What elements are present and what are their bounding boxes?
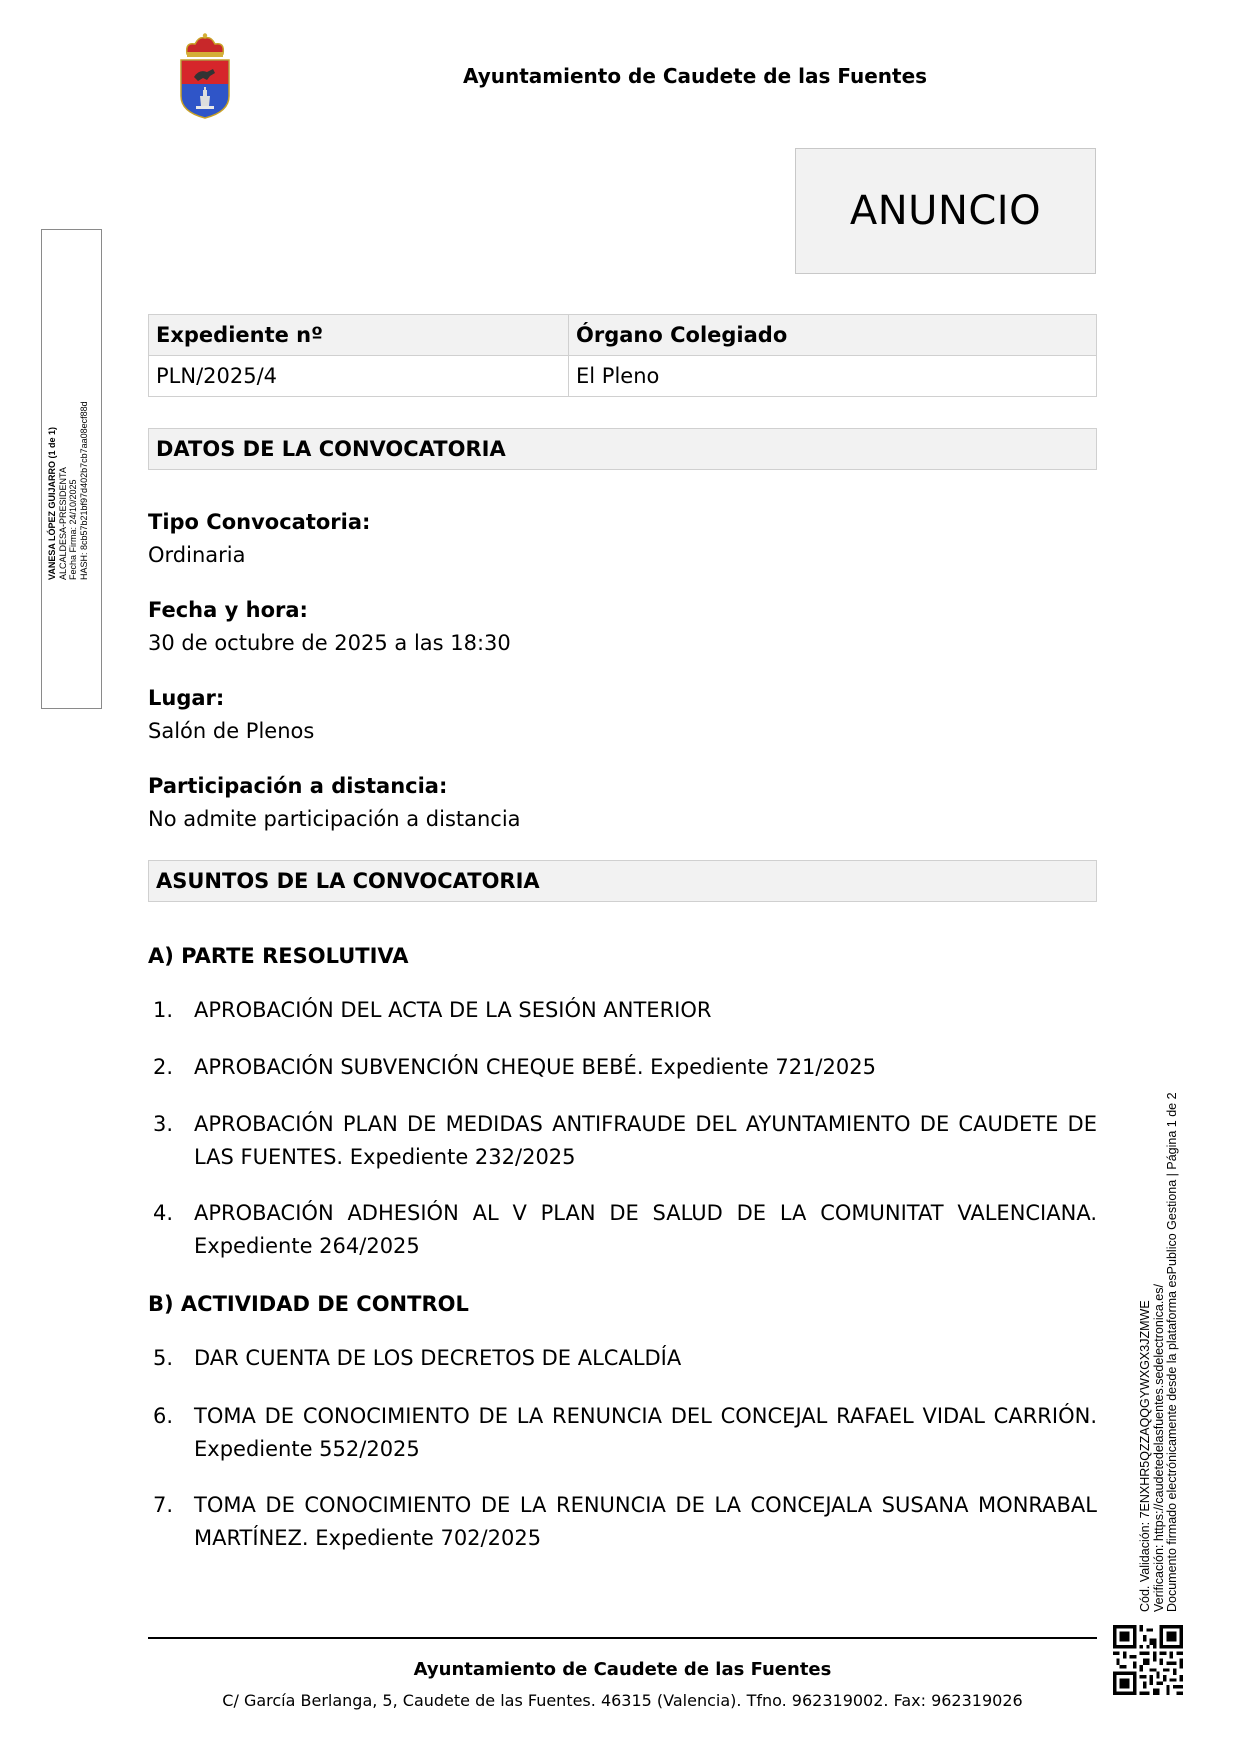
- coat-of-arms-icon: [177, 32, 233, 120]
- field-value: No admite participación a distancia: [148, 803, 521, 836]
- field-value: Ordinaria: [148, 539, 370, 572]
- item-text: APROBACIÓN PLAN DE MEDIDAS ANTIFRAUDE DE…: [194, 1108, 1097, 1174]
- item-text: APROBACIÓN DEL ACTA DE LA SESIÓN ANTERIO…: [194, 994, 1097, 1027]
- meta-table-row: PLN/2025/4 El Pleno: [149, 356, 1097, 397]
- agenda-item: 6. TOMA DE CONOCIMIENTO DE LA RENUNCIA D…: [148, 1400, 1097, 1466]
- item-number: 5.: [153, 1342, 193, 1375]
- field-label: Tipo Convocatoria:: [148, 506, 370, 539]
- value-expediente: PLN/2025/4: [149, 356, 569, 397]
- header-organo: Órgano Colegiado: [569, 315, 1097, 356]
- agenda-item: 2. APROBACIÓN SUBVENCIÓN CHEQUE BEBÉ. Ex…: [148, 1051, 1097, 1084]
- field-lugar: Lugar: Salón de Plenos: [148, 682, 314, 748]
- item-number: 3.: [153, 1108, 193, 1141]
- part-a-heading: A) PARTE RESOLUTIVA: [148, 944, 408, 968]
- item-number: 4.: [153, 1197, 193, 1230]
- item-number: 2.: [153, 1051, 193, 1084]
- header-title: Ayuntamiento de Caudete de las Fuentes: [440, 64, 950, 88]
- item-text: DAR CUENTA DE LOS DECRETOS DE ALCALDÍA: [194, 1342, 1097, 1375]
- footer-title: Ayuntamiento de Caudete de las Fuentes: [148, 1659, 1097, 1680]
- agenda-item: 7. TOMA DE CONOCIMIENTO DE LA RENUNCIA D…: [148, 1489, 1097, 1555]
- document-type: ANUNCIO: [850, 188, 1041, 234]
- footer-address: C/ García Berlanga, 5, Caudete de las Fu…: [148, 1691, 1097, 1710]
- value-organo: El Pleno: [569, 356, 1097, 397]
- qr-code-icon: [1113, 1625, 1183, 1695]
- signature-date: Fecha Firma: 24/10/2025: [68, 360, 79, 580]
- item-number: 6.: [153, 1400, 193, 1433]
- validation-code: Cód. Validación: 7ENXHR5QZZAQQGYWXGX3JZM…: [1139, 1052, 1153, 1612]
- meta-table: Expediente nº Órgano Colegiado PLN/2025/…: [148, 314, 1097, 397]
- field-label: Lugar:: [148, 682, 314, 715]
- field-label: Participación a distancia:: [148, 770, 521, 803]
- item-text: TOMA DE CONOCIMIENTO DE LA RENUNCIA DEL …: [194, 1400, 1097, 1466]
- field-tipo: Tipo Convocatoria: Ordinaria: [148, 506, 370, 572]
- signature-hash: HASH: 8cb57b21bf97d402b7cb7aa08ecf88d: [79, 360, 90, 580]
- field-fecha: Fecha y hora: 30 de octubre de 2025 a la…: [148, 594, 511, 660]
- item-text: TOMA DE CONOCIMIENTO DE LA RENUNCIA DE L…: [194, 1489, 1097, 1555]
- section-asuntos-title: ASUNTOS DE LA CONVOCATORIA: [148, 860, 1097, 902]
- platform-note: Documento firmado electrónicamente desde…: [1166, 1052, 1180, 1612]
- field-label: Fecha y hora:: [148, 594, 511, 627]
- header-expediente: Expediente nº: [149, 315, 569, 356]
- document-type-box: ANUNCIO: [795, 148, 1096, 274]
- item-text: APROBACIÓN SUBVENCIÓN CHEQUE BEBÉ. Exped…: [194, 1051, 1097, 1084]
- item-number: 7.: [153, 1489, 193, 1522]
- signature-stamp: VANESA LÓPEZ GUIJARRO (1 de 1) ALCALDESA…: [47, 360, 89, 580]
- signer-role: ALCALDESA-PRESIDENTA: [58, 360, 69, 580]
- agenda-item: 5. DAR CUENTA DE LOS DECRETOS DE ALCALDÍ…: [148, 1342, 1097, 1375]
- item-text: APROBACIÓN ADHESIÓN AL V PLAN DE SALUD D…: [194, 1197, 1097, 1263]
- section-datos-title: DATOS DE LA CONVOCATORIA: [148, 428, 1097, 470]
- field-value: 30 de octubre de 2025 a las 18:30: [148, 627, 511, 660]
- item-number: 1.: [153, 994, 193, 1027]
- agenda-item: 4. APROBACIÓN ADHESIÓN AL V PLAN DE SALU…: [148, 1197, 1097, 1263]
- meta-table-header: Expediente nº Órgano Colegiado: [149, 315, 1097, 356]
- footer-divider: [148, 1637, 1097, 1639]
- agenda-item: 3. APROBACIÓN PLAN DE MEDIDAS ANTIFRAUDE…: [148, 1108, 1097, 1174]
- part-b-heading: B) ACTIVIDAD DE CONTROL: [148, 1292, 469, 1316]
- verification-url[interactable]: Verificación: https://caudetedelasfuente…: [1153, 1052, 1167, 1612]
- field-value: Salón de Plenos: [148, 715, 314, 748]
- validation-stamp: Cód. Validación: 7ENXHR5QZZAQQGYWXGX3JZM…: [1139, 1052, 1180, 1612]
- field-participacion: Participación a distancia: No admite par…: [148, 770, 521, 836]
- signer-name: VANESA LÓPEZ GUIJARRO (1 de 1): [47, 360, 58, 580]
- agenda-item: 1. APROBACIÓN DEL ACTA DE LA SESIÓN ANTE…: [148, 994, 1097, 1027]
